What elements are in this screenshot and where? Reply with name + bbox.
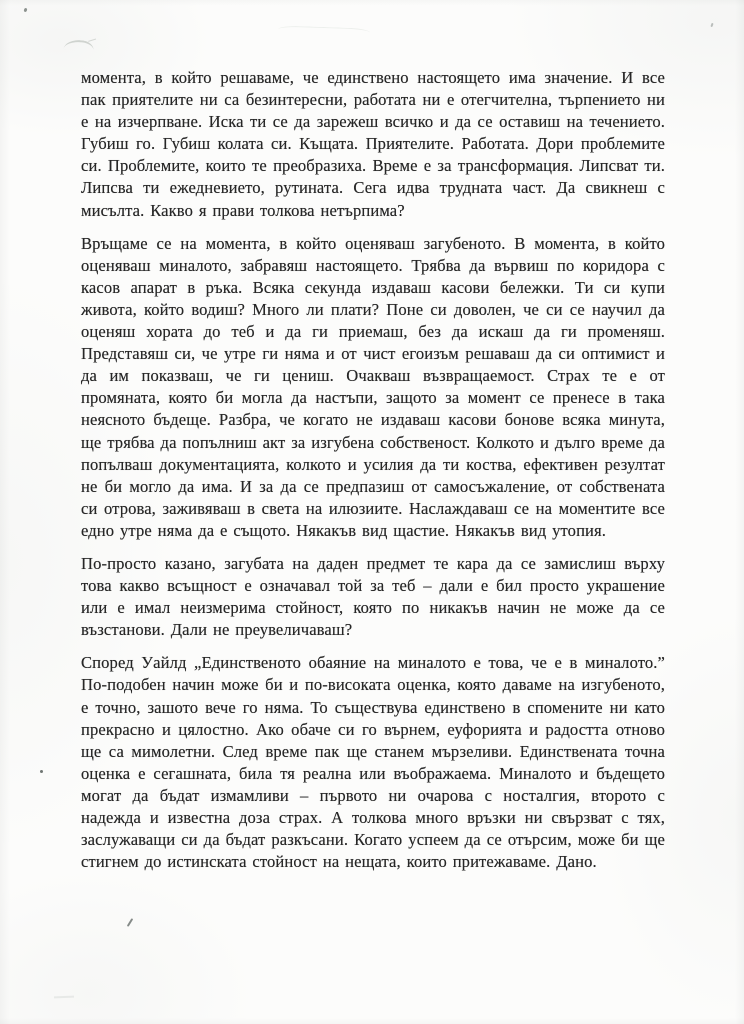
- ink-speck-top-left: [23, 8, 27, 13]
- document-text-block: момента, в който решаваме, че единствено…: [81, 67, 665, 873]
- faint-scan-streak: [278, 25, 370, 36]
- pencil-smudge-mark: [63, 38, 94, 53]
- ink-speck-top-right: [710, 23, 713, 27]
- paragraph-1: момента, в който решаваме, че единствено…: [81, 67, 665, 222]
- paragraph-4: Според Уайлд „Единственото обаяние на ми…: [81, 652, 665, 873]
- slash-mark-bottom: [127, 918, 133, 927]
- dot-mark-left-margin: [40, 770, 43, 773]
- paragraph-3: По-просто казано, загубата на даден пред…: [81, 553, 665, 641]
- scanned-document-page: момента, в който решаваме, че единствено…: [0, 0, 744, 1024]
- paragraph-2: Връщаме се на момента, в който оценяваш …: [81, 233, 665, 542]
- faint-dash-bottom-left: [54, 996, 74, 999]
